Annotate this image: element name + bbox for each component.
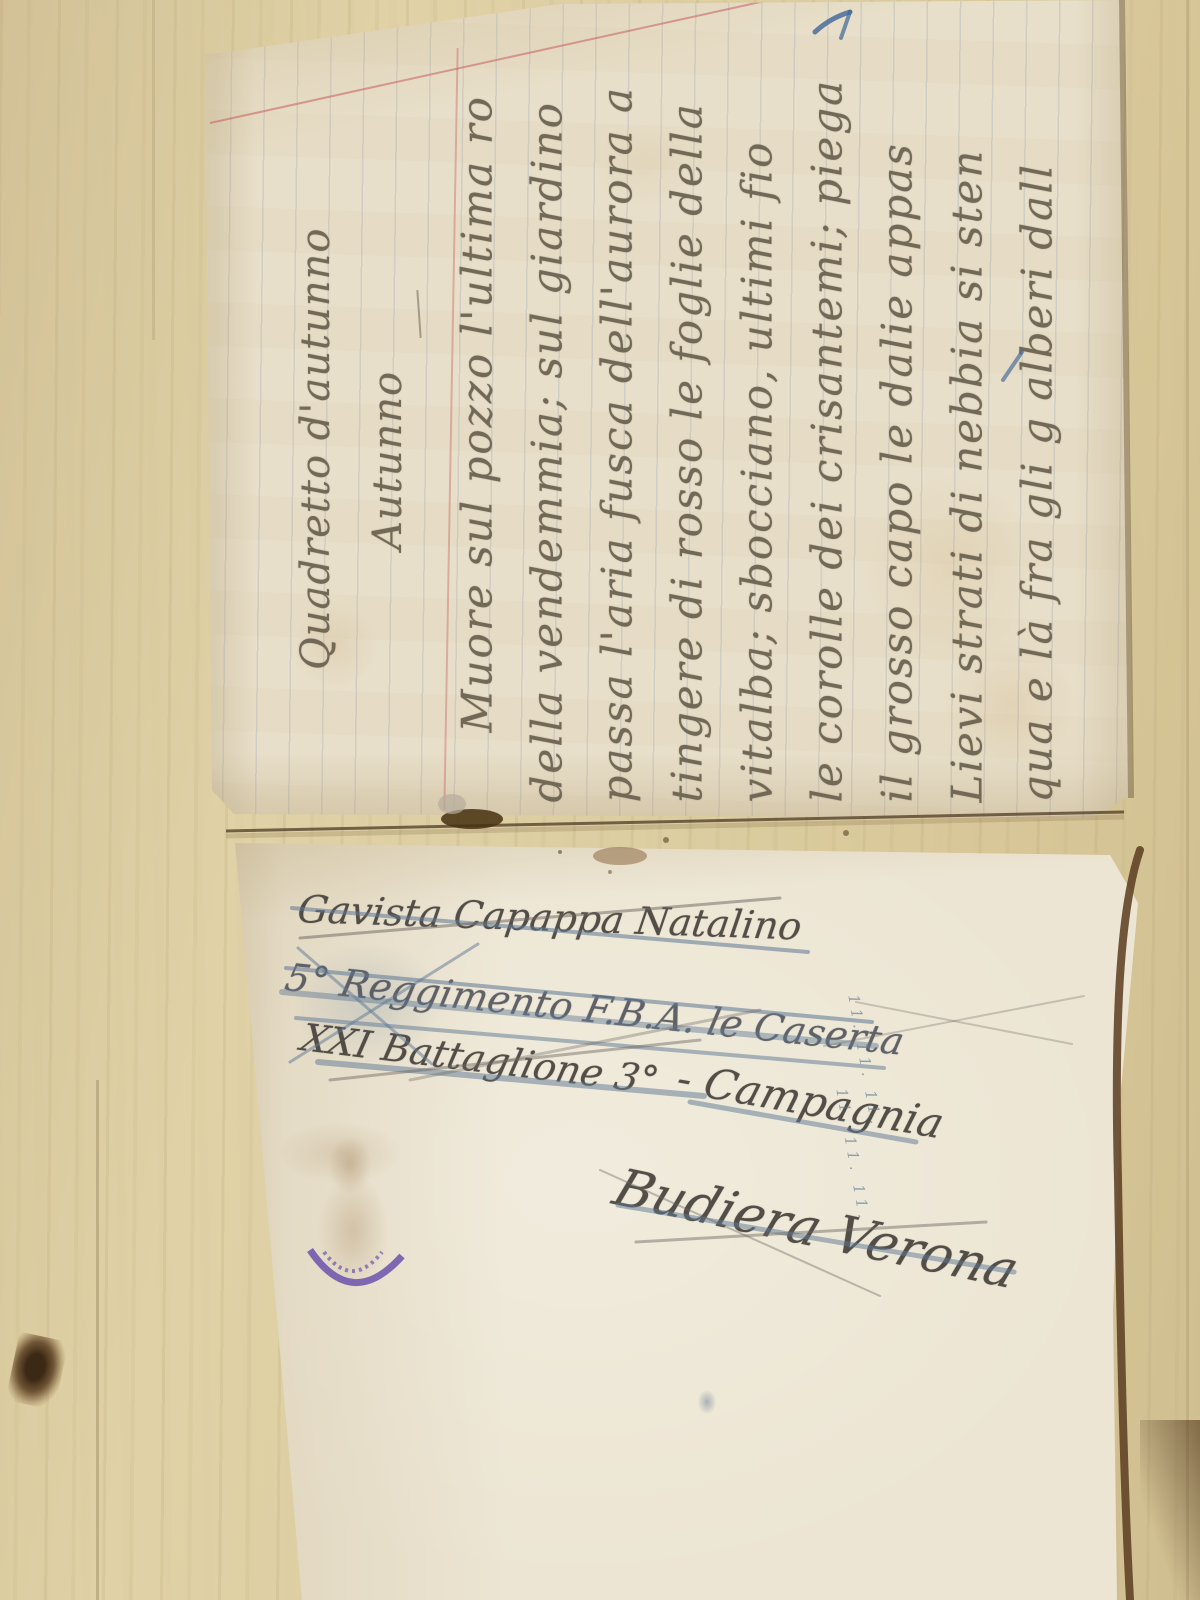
- handwritten-text-block: Muore sul pozzo l'ultima ro della vendem…: [443, 18, 1073, 803]
- notebook-bottom-page: Gavista Capappa Natalino 5° Reggimento F…: [210, 835, 1140, 1600]
- wood-plank-seam: [96, 1080, 99, 1600]
- handwriting-line: Lievi strati di nebbia si sten: [933, 18, 1003, 803]
- handwriting-line: della vendemmia; sul giardino: [513, 18, 583, 803]
- handwritten-title-block: Quadretto d'autunno Autunno: [280, 180, 430, 670]
- wood-plank-seam: [152, 0, 155, 340]
- handwriting-line: passa l'aria fusca dell'aurora a: [583, 18, 653, 803]
- handwriting-line: il grosso capo le dalie appas: [863, 18, 933, 803]
- blue-ink-dot: [698, 1390, 716, 1414]
- handwritten-subtitle: Autunno: [352, 180, 424, 670]
- handwriting-line: vitalba; sbocciano, ultimi fio: [723, 18, 793, 803]
- wood-shadow-corner: [1140, 1420, 1200, 1600]
- handwriting-line: Muore sul pozzo l'ultima ro: [443, 18, 513, 803]
- crossed-out-company-line: - Campagnia: [671, 1054, 949, 1148]
- brown-smudge-stain: [328, 1135, 372, 1195]
- handwriting-line: tingere di rosso le foglie della: [653, 18, 723, 803]
- handwriting-line: le corolle dei crisantemi; piega: [793, 18, 863, 803]
- handwritten-title: Quadretto d'autunno: [280, 180, 352, 670]
- notebook-photo-scene: Quadretto d'autunno Autunno Muore sul po…: [0, 0, 1200, 1600]
- crossed-out-signature-line: Budiera Verona: [606, 1159, 1027, 1301]
- crossed-out-name-line: Gavista Capappa Natalino: [295, 887, 805, 948]
- handwriting-line: qua e là fra gli g alberi dall: [1003, 18, 1073, 803]
- wood-plank-seam: [1186, 0, 1189, 1600]
- wood-knot: [5, 1332, 68, 1411]
